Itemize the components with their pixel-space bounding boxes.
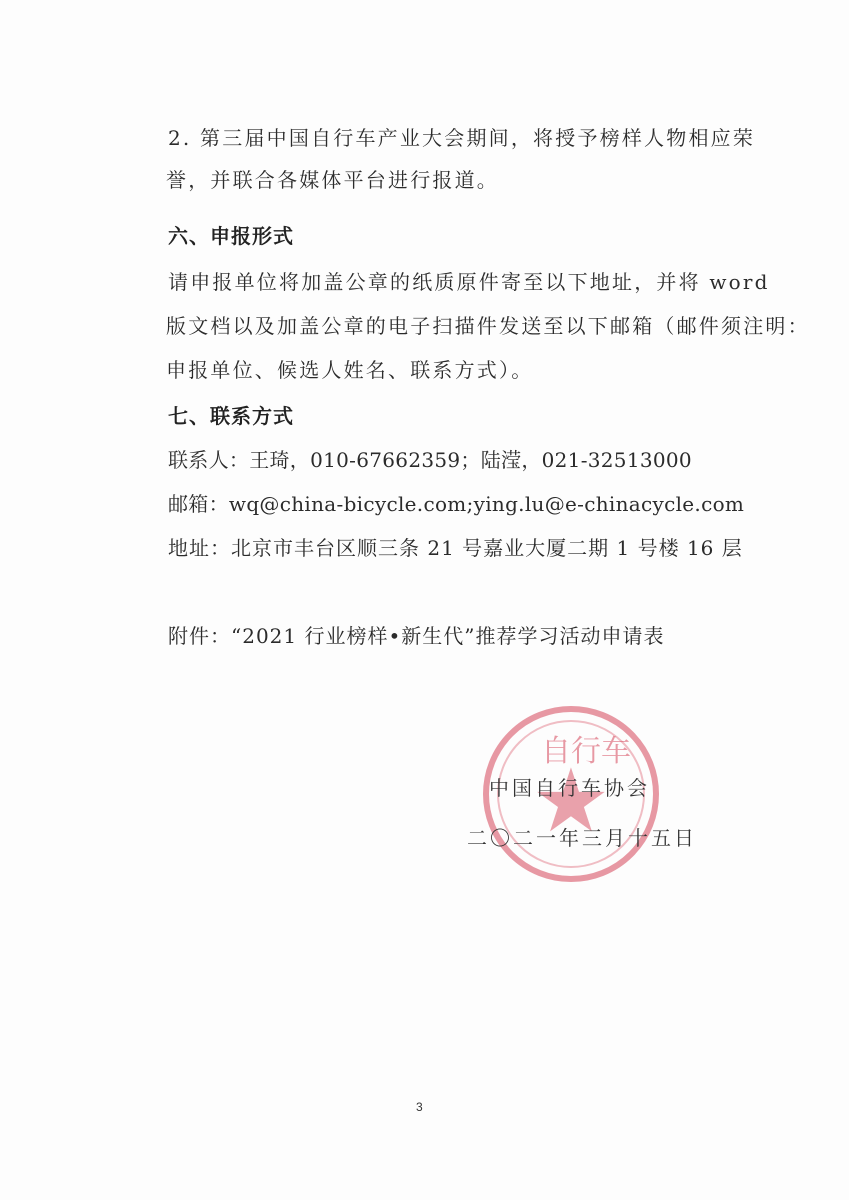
section-6-heading: 六、申报形式 <box>168 220 294 249</box>
contact-address: 地址：北京市丰台区顺三条 21 号嘉业大厦二期 1 号楼 16 层 <box>168 532 743 561</box>
seal-text: 自行车 <box>541 726 631 770</box>
section-6-line-2: 版文档以及加盖公章的电子扫描件发送至以下邮箱（邮件须注明： <box>166 310 810 339</box>
section-6-line-1: 请申报单位将加盖公章的纸质原件寄至以下地址，并将 word <box>168 266 770 295</box>
signature-date: 二〇二一年三月十五日 <box>467 822 697 851</box>
contact-persons: 联系人：王琦，010-67662359；陆滢，021-32513000 <box>168 444 692 473</box>
section-7-heading: 七、联系方式 <box>168 400 294 429</box>
contact-email: 邮箱：wq@china-bicycle.com;ying.lu@e-chinac… <box>168 488 744 517</box>
section-6-line-3: 申报单位、候选人姓名、联系方式）。 <box>166 354 533 383</box>
page-number: 3 <box>416 1100 423 1114</box>
attachment-note: 附件：“2021 行业榜样•新生代”推荐学习活动申请表 <box>168 620 665 649</box>
paragraph-2-line-2: 誉，并联合各媒体平台进行报道。 <box>166 164 499 193</box>
signature-organization: 中国自行车协会 <box>489 772 650 801</box>
paragraph-2-line-1: 2. 第三届中国自行车产业大会期间，将授予榜样人物相应荣 <box>168 122 755 151</box>
